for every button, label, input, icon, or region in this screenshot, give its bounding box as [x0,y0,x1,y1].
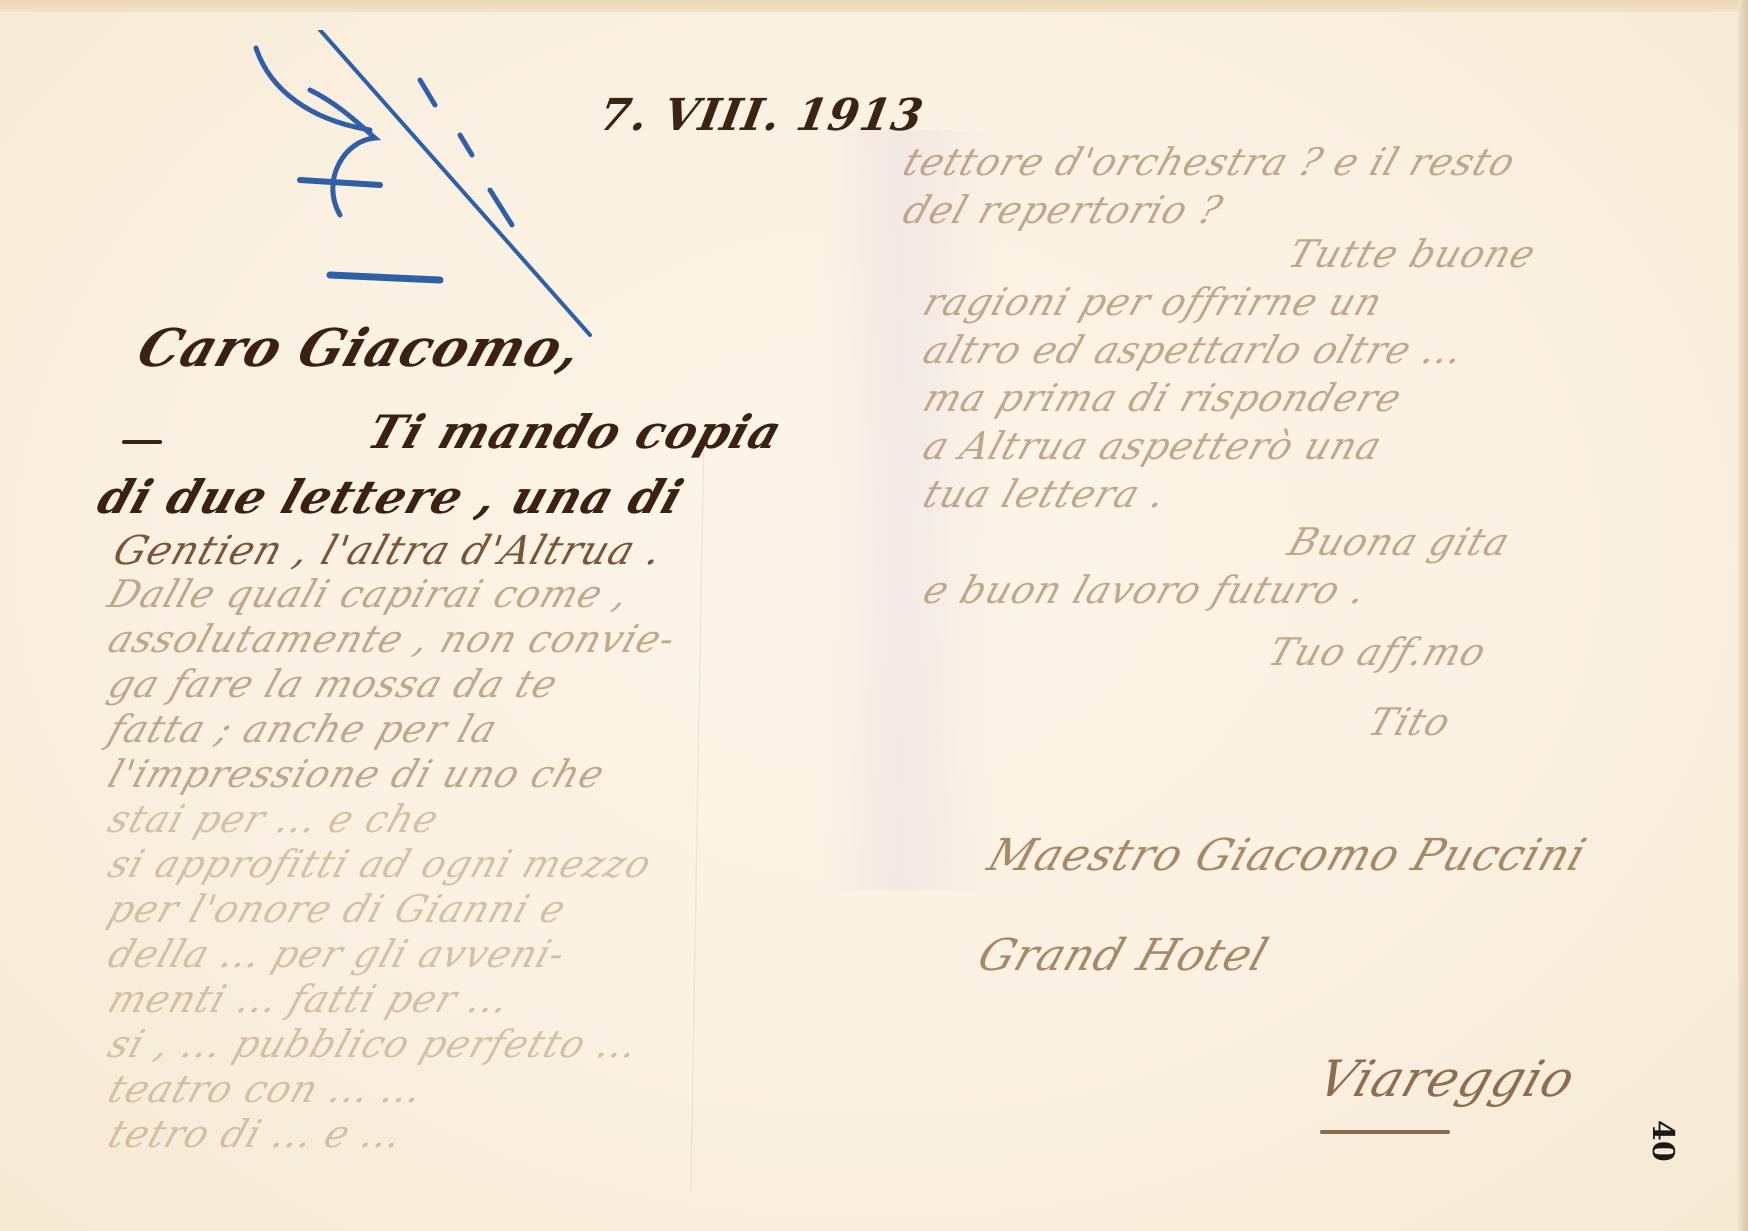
body-line: l'impressione di uno che [103,752,611,796]
body-line: stai per ... e che [103,797,445,841]
body-line: teatro con ... ... [103,1067,429,1111]
body-line: Tutte buone [1283,232,1542,276]
body-line: altro ed aspettarlo oltre ... [918,328,1470,372]
body-line: Dalle quali capirai come , [103,572,635,616]
letter-page: 7. VIII. 1913 Caro Giacomo, Ti mando cop… [0,0,1748,1231]
body-line: tua lettera . [918,472,1172,516]
paper-top-edge [0,0,1748,12]
letter-date: 7. VIII. 1913 [596,90,928,141]
body-line: menti ... fatti per ... [103,977,516,1021]
dash-stroke [122,440,162,444]
body-line: tetro di ... e ... [103,1112,409,1156]
signature: Tito [1363,700,1457,744]
body-line: della ... per gli avveni- [103,932,572,976]
body-line: e buon lavoro futuro . [918,568,1373,612]
salutation: Caro Giacomo, [130,318,590,379]
city-underline [1320,1130,1450,1134]
closing: Tuo aff.mo [1263,630,1492,674]
body-line: ragioni per offrirne un [918,280,1389,324]
body-line: del repertorio ? [898,188,1229,232]
paper-crease [688,430,704,1190]
recipient-hotel: Grand Hotel [972,930,1275,981]
body-line: si approfitti ad ogni mezzo [103,842,658,886]
body-line: ma prima di rispondere [918,376,1408,420]
body-line: fatta ; anche per la [103,707,503,751]
recipient-city: Viareggio [1311,1050,1583,1108]
paper-right-edge [1738,0,1748,1231]
body-line: per l'onore di Gianni e [103,887,572,931]
body-line: assolutamente , non convie- [103,617,682,661]
recipient-name: Maestro Giacomo Puccini [982,830,1593,881]
body-line: tettore d'orchestra ? e il resto [898,140,1522,184]
blue-archive-annotation-icon [250,30,610,350]
body-line: Buona gita [1283,520,1516,564]
body-line: Gentien , l'altra d'Altrua . [108,528,669,574]
body-line: si , ... pubblico perfetto ... [103,1022,645,1066]
page-number: 40 [1645,1120,1680,1162]
body-line: ga fare la mossa da te [103,662,564,706]
body-line: a Altrua aspetterò una [918,424,1388,468]
body-line: di due lettere , una di [91,470,690,524]
body-line: Ti mando copia [361,405,789,459]
